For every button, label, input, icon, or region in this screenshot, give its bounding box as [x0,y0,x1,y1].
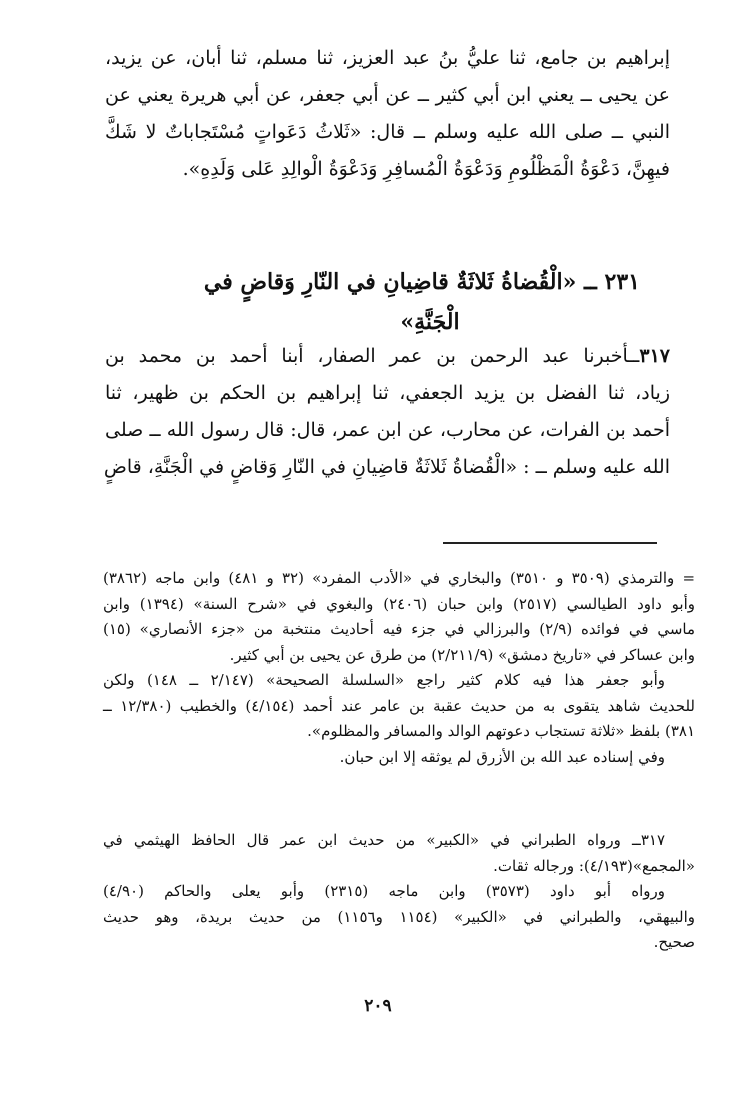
footnote-line: وفي إسناده عبد الله بن الأزرق لم يوثقه إ… [103,745,695,771]
footnote-line: = والترمذي (٣٥٠٩ و ٣٥١٠) والبخاري في «ال… [103,566,695,592]
footnote-line: «المجمع»(٤/١٩٣): ورجاله ثقات. [103,854,695,880]
hadith-separator: ــ [628,345,639,367]
hadith-317-text: ٣١٧ــأخبرنا عبد الرحمن بن عمر الصفار، أب… [105,338,670,486]
chapter-number: ٢٣١ [605,269,640,295]
book-page: إبراهيم بن جامع، ثنا عليُّ بنُ عبد العزي… [0,0,756,1099]
chapter-heading: ٢٣١ ــ «الْقُضاةُ ثَلاثَةٌ قاضِيانِ في ا… [180,262,640,342]
chapter-title-part-1: «الْقُضاةُ ثَلاثَةٌ قاضِيانِ في النّارِ … [204,269,576,295]
footnote-line: ماسي في فوائده (٢/٩) والبرزالي في جزء في… [103,617,695,643]
hadith-number: ٣١٧ [639,345,670,367]
footnotes-316: = والترمذي (٣٥٠٩ و ٣٥١٠) والبخاري في «ال… [103,566,695,770]
footnote-line: للحديث شاهد يتقوى به من حديث عقبة بن عام… [103,694,695,720]
footnote-divider [443,542,657,544]
text-line: أحمد بن الفرات، عن محارب، عن ابن عمر، قا… [105,412,670,449]
footnote-line: والبيهقي، والطبراني في «الكبير» (١١٥٤ و١… [103,905,695,931]
text-line: فيهِنَّ، دَعْوَةُ الْمَظْلُومِ وَدَعْوَة… [105,151,670,188]
footnote-line: وأبو جعفر هذا فيه كلام كثير راجع «السلسل… [103,668,695,694]
footnote-line: ٣٨١) بلفظ «ثلاثة تستجاب دعوتهم الوالد وا… [103,719,695,745]
chapter-heading-line-1: ٢٣١ ــ «الْقُضاةُ ثَلاثَةٌ قاضِيانِ في ا… [180,262,640,302]
footnote-line: وابن عساكر في «تاريخ دمشق» (٢/٢١١/٩) من … [103,643,695,669]
chapter-title-part-2: الْجَنَّةِ» [180,302,640,342]
footnotes-317: ٣١٧ــ ورواه الطبراني في «الكبير» من حديث… [103,828,695,956]
page-number: ٢٠٩ [0,996,756,1016]
hadith-316-text: إبراهيم بن جامع، ثنا عليُّ بنُ عبد العزي… [105,40,670,188]
hadith-317-first-line: ٣١٧ــأخبرنا عبد الرحمن بن عمر الصفار، أب… [105,338,670,375]
hadith-first-line-text: أخبرنا عبد الرحمن بن عمر الصفار، أبنا أح… [105,345,628,367]
text-line: إبراهيم بن جامع، ثنا عليُّ بنُ عبد العزي… [105,40,670,77]
text-line: عن يحيى ــ يعني ابن أبي كثير ــ عن أبي ج… [105,77,670,114]
footnote-line: ورواه أبو داود (٣٥٧٣) وابن ماجه (٢٣١٥) و… [103,879,695,905]
footnote-line: ٣١٧ــ ورواه الطبراني في «الكبير» من حديث… [103,828,695,854]
footnote-line: وأبو داود الطيالسي (٢٥١٧) وابن حبان (٢٤٠… [103,592,695,618]
text-line: زياد، ثنا الفضل بن يزيد الجعفي، ثنا إبرا… [105,375,670,412]
text-line: النبي ــ صلى الله عليه وسلم ــ قال: «ثَل… [105,114,670,151]
chapter-separator: ــ [584,269,597,295]
text-line: الله عليه وسلم ــ : «الْقُضاةُ ثَلاثَةٌ … [105,449,670,486]
footnote-line: صحيح. [103,930,695,956]
